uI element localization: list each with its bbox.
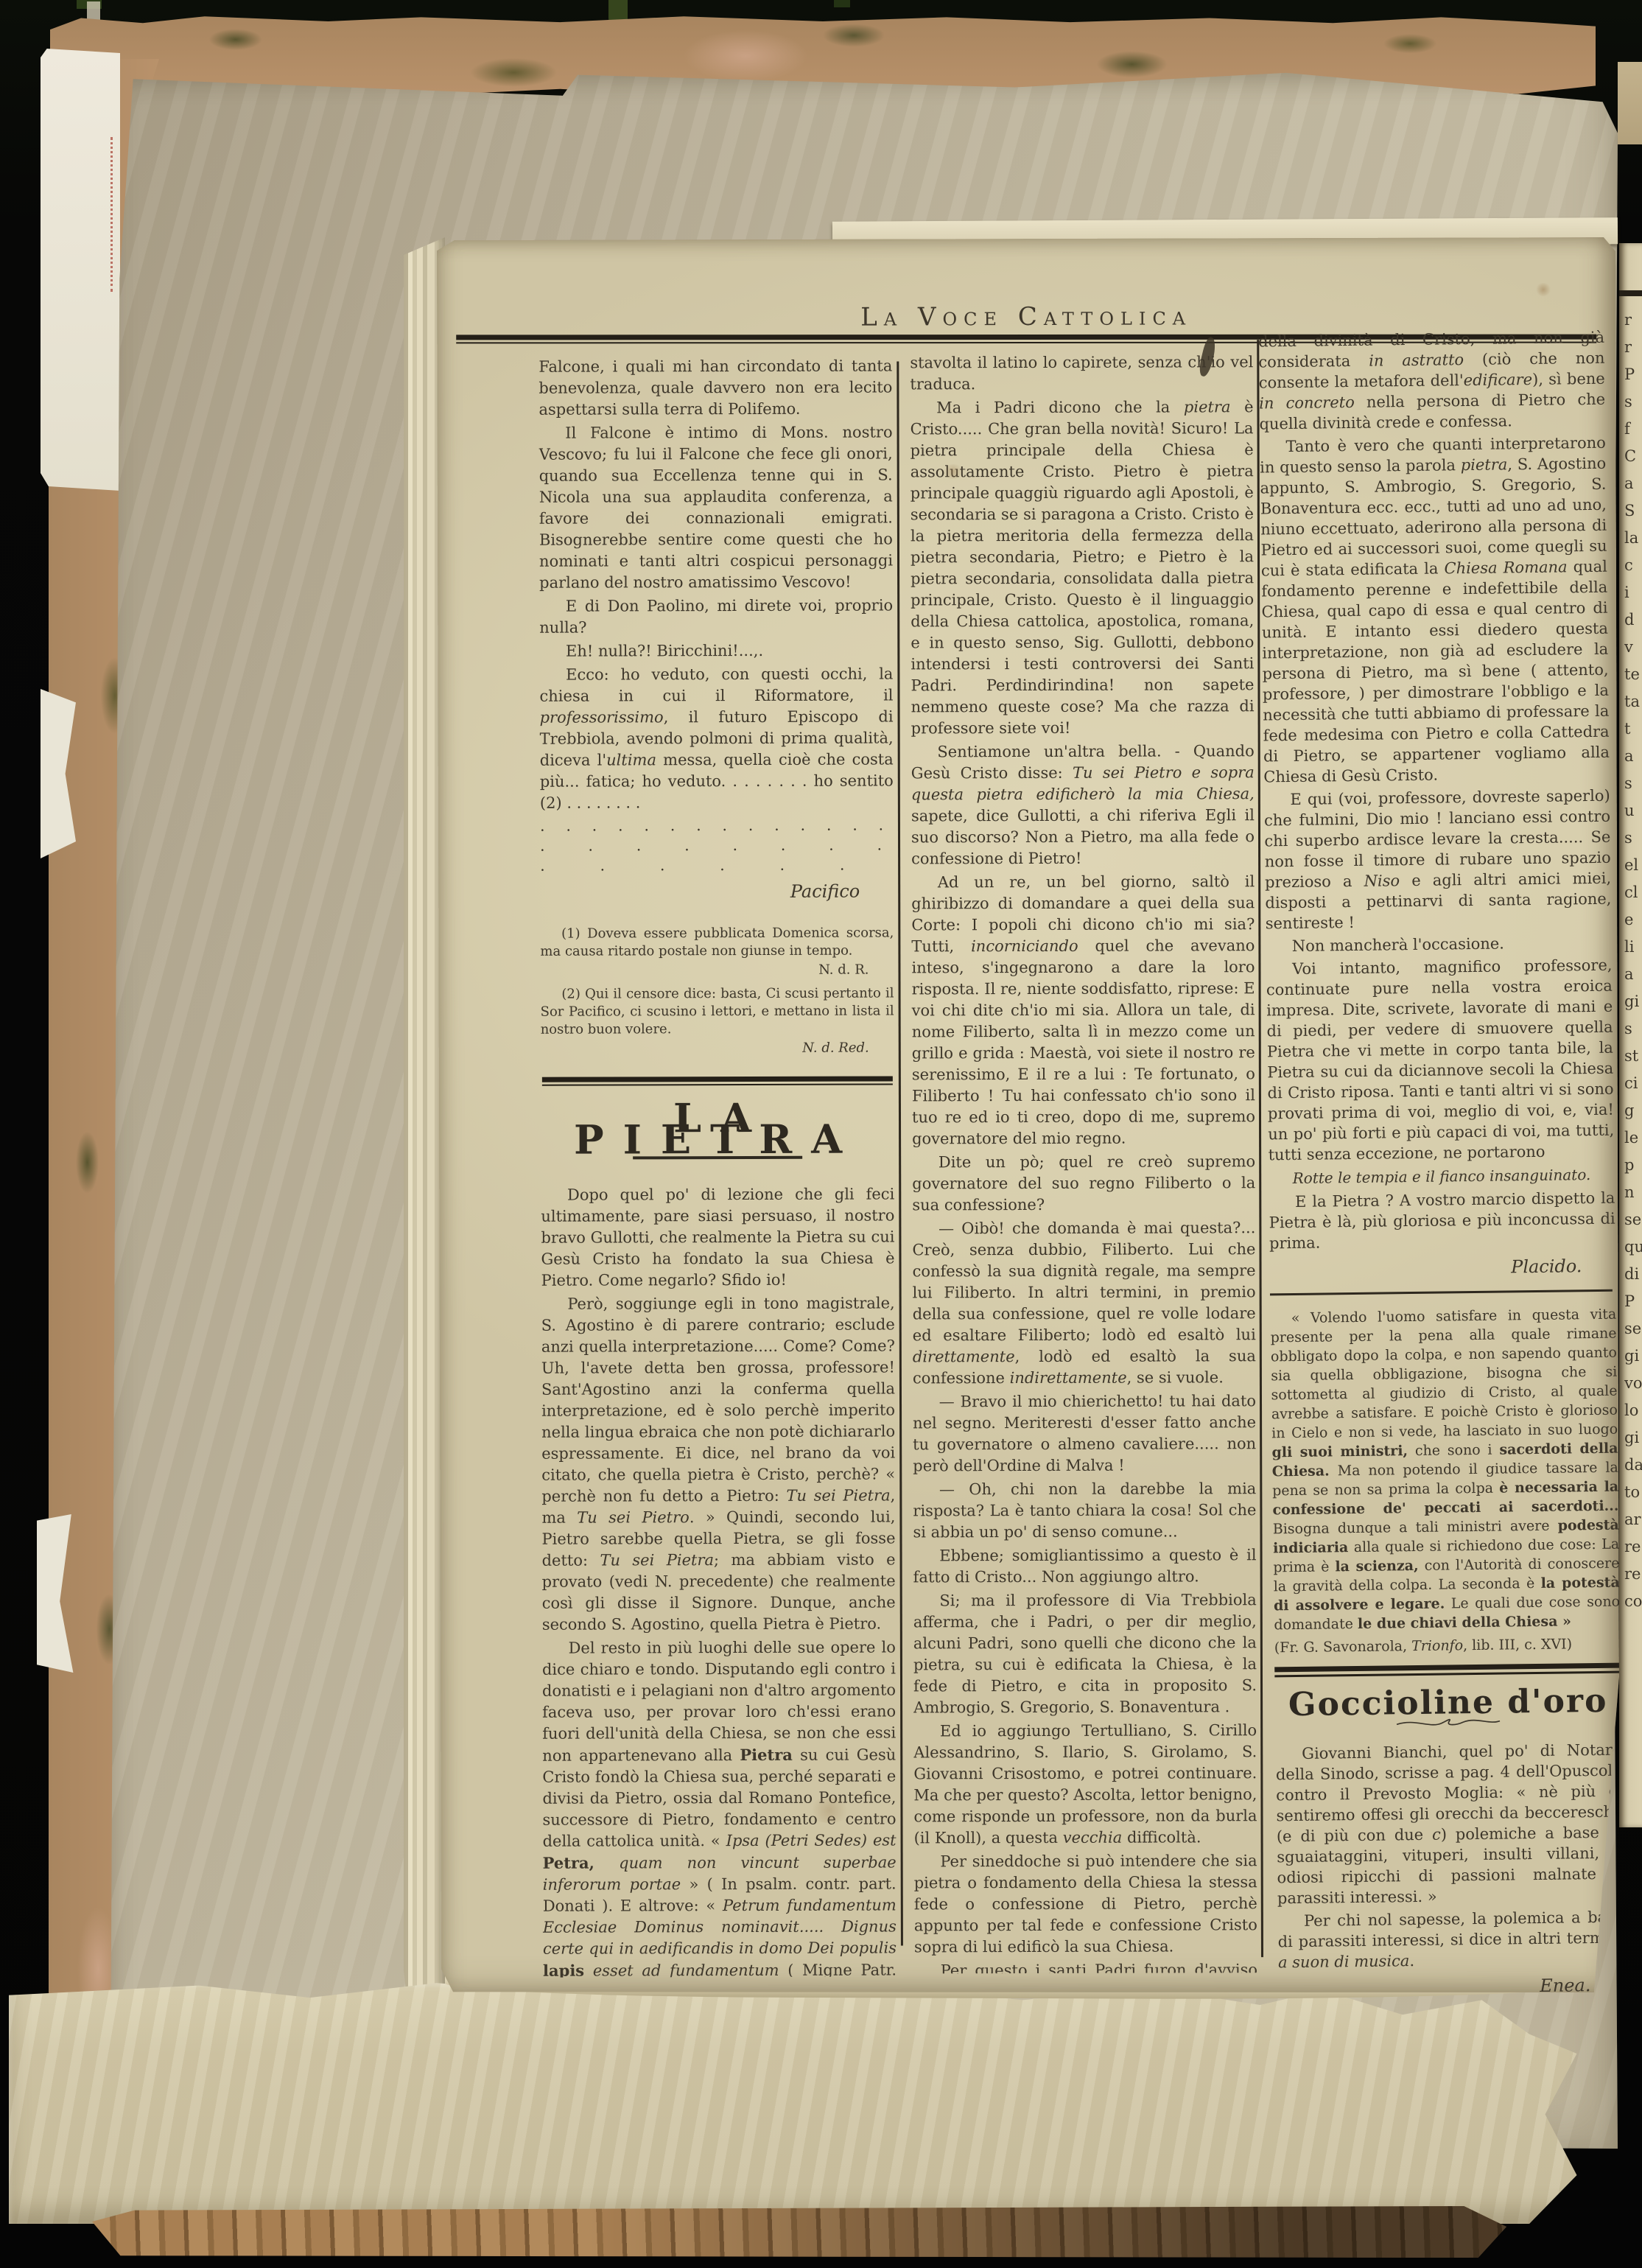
clipped-text-fragment: cl xyxy=(1619,879,1642,906)
clipped-text-fragment: s xyxy=(1619,770,1642,797)
paragraph: Falcone, i quali mi han circondato di ta… xyxy=(538,355,892,420)
ellipsis-row: . . . . . . . . . . . . xyxy=(540,835,894,855)
clipped-text-fragment: C xyxy=(1619,443,1642,470)
paragraph: Ed io aggiungo Tertulliano, S. Cirillo A… xyxy=(913,1720,1257,1849)
section-title-goccioline: Goccioline d'oro xyxy=(1275,1691,1621,1716)
section-divider-rule xyxy=(542,1076,893,1085)
paragraph: Ad un re, un bel giorno, saltò il ghirib… xyxy=(911,871,1255,1149)
paragraph: Però, soggiunge egli in tono magistrale,… xyxy=(541,1292,896,1635)
column-3: della divinità di Cristo, ma non già con… xyxy=(1258,327,1626,2063)
clipped-text-fragment: g xyxy=(1619,1097,1642,1124)
adjacent-page-edge: rrPsfCaSlacidvtetatasuselcleliagisstcigl… xyxy=(1619,243,1642,1827)
newspaper-page: La Voce Cattolica Falcone, i quali mi ha… xyxy=(437,237,1620,1995)
col1-article-body: Dopo quel po' di lezione che gli feci ul… xyxy=(541,1183,897,1977)
divider-rule xyxy=(1270,1289,1613,1296)
paragraph: — Oh, chi non la darebbe la mia risposta… xyxy=(913,1478,1256,1543)
paragraph: — Oibò! che domanda è mai questa?... Cre… xyxy=(912,1217,1256,1389)
clipped-text-fragment: re xyxy=(1619,1561,1642,1588)
paragraph: Tanto è vero che quanti interpretarono i… xyxy=(1260,433,1610,788)
clipped-text-fragment: re xyxy=(1619,1533,1642,1561)
crumpled-under-sheet xyxy=(9,1981,1593,2224)
clipped-text-fragment: f xyxy=(1619,416,1642,443)
clipped-text-fragment: s xyxy=(1619,1015,1642,1043)
scan-artifact xyxy=(834,0,850,7)
clipped-text-fragment: a xyxy=(1619,470,1642,497)
section-divider-rule xyxy=(1274,1663,1621,1678)
clipped-text-fragment: c xyxy=(1619,552,1642,579)
clipped-text-fragment: e xyxy=(1619,906,1642,934)
footnote-2: (2) Qui il censore dice: basta, Ci scusi… xyxy=(541,984,894,1038)
clipped-text-fragment: gi xyxy=(1619,988,1642,1015)
clipped-text-fragment: da xyxy=(1619,1452,1642,1479)
paragraph: Sentiamone un'altra bella. - Quando Gesù… xyxy=(911,741,1255,869)
col3-article-close: E la Pietra ? A vostro marcio dispetto l… xyxy=(1269,1188,1615,1254)
clipped-text-fragment: li xyxy=(1619,934,1642,961)
paper-stain xyxy=(943,464,964,479)
clipped-text-fragment: u xyxy=(1619,797,1642,825)
clipped-text-fragment: co xyxy=(1619,1588,1642,1615)
clipped-text-fragment: r xyxy=(1619,307,1642,334)
clipped-text-fragment: se xyxy=(1619,1315,1642,1343)
ellipsis-row: . . . . . . . . . . xyxy=(540,855,894,875)
article-title: LA PIETRA xyxy=(541,1107,894,1150)
page-corner-fragment xyxy=(1618,62,1642,144)
footnotes: (1) Doveva essere pubblicata Domenica sc… xyxy=(540,924,894,1057)
clipped-text-fragment: di xyxy=(1619,1261,1642,1288)
paragraph: Dite un pò; quel re creò supremo governa… xyxy=(912,1151,1255,1216)
goccioline-body: Giovanni Bianchi, quel po' di Notaro del… xyxy=(1275,1740,1624,1973)
paragraph: E di Don Paolino, mi direte voi, proprio… xyxy=(539,595,893,638)
clipped-text-fragment: gi xyxy=(1619,1343,1642,1370)
paragraph: Voi intanto, magnifico professore, conti… xyxy=(1266,955,1614,1166)
white-paper-strip xyxy=(41,49,120,491)
paragraph: stavolta il latino lo capirete, senza ch… xyxy=(910,351,1253,395)
clipped-text-fragment: qu xyxy=(1619,1233,1642,1261)
clipped-text-fragment: el xyxy=(1619,852,1642,879)
signature-pacifico: Pacifico xyxy=(540,881,894,903)
col2-article-body: stavolta il latino lo capirete, senza ch… xyxy=(910,351,1257,1973)
paragraph: E qui (voi, professore, dovreste saperlo… xyxy=(1264,785,1612,934)
quote-source: (Fr. G. Savonarola, Trionfo, lib. III, c… xyxy=(1274,1634,1621,1659)
verse-line: Rotte le tempia e il fianco insanguinato… xyxy=(1269,1164,1615,1189)
ellipsis-row: . . . . . . . . . . . . . . . . . . . . … xyxy=(540,815,894,836)
column-1: Falcone, i quali mi han circondato di ta… xyxy=(538,355,897,1977)
clipped-text-fragment: te xyxy=(1619,661,1642,688)
paragraph: — Bravo il mio chierichetto! tu hai dato… xyxy=(913,1390,1256,1477)
clipped-text-fragment: r xyxy=(1619,334,1642,361)
paragraph: Si; ma il professore di Via Trebbiola af… xyxy=(913,1589,1257,1718)
signature-placido: Placido. xyxy=(1269,1256,1615,1281)
clipped-text-fragment: v xyxy=(1619,634,1642,661)
scan-artifact xyxy=(87,1,100,21)
clipped-text-fragment: st xyxy=(1619,1043,1642,1070)
clipped-text-fragment: to xyxy=(1619,1479,1642,1506)
column-rule-1 xyxy=(897,361,903,1945)
paper-stain xyxy=(807,1798,852,1823)
clipped-text-fragment: s xyxy=(1619,388,1642,416)
paragraph: Dopo quel po' di lezione che gli feci ul… xyxy=(541,1183,894,1291)
clipped-text-fragment: t xyxy=(1619,715,1642,743)
clipped-text-fragment: lo xyxy=(1619,1397,1642,1424)
clipped-text-fragment: p xyxy=(1619,1152,1642,1179)
column-2: stavolta il latino lo capirete, senza ch… xyxy=(910,351,1257,1973)
paragraph: Per questo i santi Padri furon d'avviso … xyxy=(914,1959,1257,1973)
clipped-text-fragment: le xyxy=(1619,1124,1642,1152)
clipped-text-fragment: S xyxy=(1619,497,1642,525)
clipped-text-fragment: ar xyxy=(1619,1506,1642,1533)
paragraph: Ebbene; somigliantissimo a questo è il f… xyxy=(913,1544,1257,1588)
censored-dots: . . . . . . . . . . . . . . . . . . . . … xyxy=(540,815,894,875)
paragraph: Non mancherà l'occasione. xyxy=(1266,932,1612,957)
paragraph: Giovanni Bianchi, quel po' di Notaro del… xyxy=(1275,1740,1624,1909)
clipped-text-fragment: ta xyxy=(1619,688,1642,715)
clipped-column: rrPsfCaSlacidvtetatasuselcleliagisstcigl… xyxy=(1619,307,1642,1615)
paragraph: Il Falcone è intimo di Mons. nostro Vesc… xyxy=(539,421,894,593)
clipped-text-fragment: P xyxy=(1619,361,1642,388)
red-stamp-line xyxy=(110,137,113,292)
paragraph: della divinità di Cristo, ma non già con… xyxy=(1258,327,1606,435)
savonarola-quote: « Volendo l'uomo satisfare in questa vit… xyxy=(1270,1305,1620,1635)
clipped-text-fragment: se xyxy=(1619,1206,1642,1233)
col3-article-body: della divinità di Cristo, ma non già con… xyxy=(1258,327,1615,1166)
footnote-1-signature: N. d. R. xyxy=(540,961,894,979)
footnote-2-signature: N. d. Red. xyxy=(541,1039,894,1057)
clipped-text-fragment: P xyxy=(1619,1288,1642,1315)
clipped-text-fragment: a xyxy=(1619,743,1642,770)
paragraph: Ma i Padri dicono che la pietra è Cristo… xyxy=(910,396,1254,739)
footnote-1: (1) Doveva essere pubblicata Domenica sc… xyxy=(540,924,894,960)
col1-article-end: Falcone, i quali mi han circondato di ta… xyxy=(538,355,894,813)
paragraph: Eh! nulla?! Biricchini!...,. xyxy=(539,640,893,662)
clipped-text-fragment: s xyxy=(1619,825,1642,852)
paragraph: Per chi nol sapesse, la polemica a base … xyxy=(1277,1907,1624,1973)
paragraph: Per sineddoche si può intendere che sia … xyxy=(914,1850,1257,1958)
scanned-newspaper-in-book: La Voce Cattolica Falcone, i quali mi ha… xyxy=(0,0,1642,2268)
paragraph: Ecco: ho veduto, con questi occhi, la ch… xyxy=(539,663,894,813)
newspaper-masthead: La Voce Cattolica xyxy=(437,301,1615,333)
clipped-text-fragment: i xyxy=(1619,579,1642,606)
clipped-text-fragment: ci xyxy=(1619,1070,1642,1097)
clipped-text-fragment: n xyxy=(1619,1179,1642,1206)
clipped-text-fragment: vo xyxy=(1619,1370,1642,1397)
adjacent-page-rule xyxy=(1619,290,1642,296)
clipped-text-fragment: gi xyxy=(1619,1424,1642,1452)
paragraph: E la Pietra ? A vostro marcio dispetto l… xyxy=(1269,1188,1615,1254)
clipped-text-fragment: a xyxy=(1619,961,1642,988)
paper-stain xyxy=(1535,283,1551,296)
wood-cover-strip xyxy=(92,2206,1506,2258)
clipped-text-fragment: la xyxy=(1619,525,1642,552)
clipped-text-fragment: d xyxy=(1619,606,1642,634)
